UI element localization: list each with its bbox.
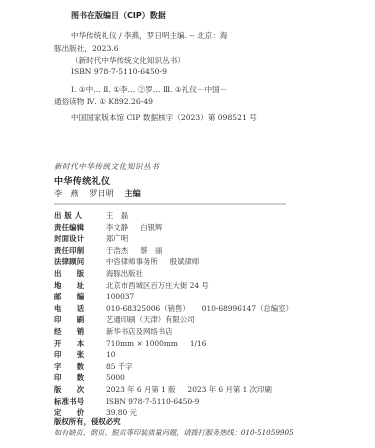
meta-value: 北京市西城区百万庄大街 24 号 [106,280,221,292]
meta-label: 责任印制 [54,245,106,257]
cip-line: 豚出版社，2023.6 [54,43,119,54]
book-title: 中华传统礼仪 [54,174,110,187]
rights-title: 版权所有，侵权必究 [54,416,121,427]
meta-label: 法律顾问 [54,256,106,268]
meta-label: 字 数 [54,361,106,373]
meta-label: 封面设计 [54,233,106,245]
meta-value: 李文静白银辉 [106,222,174,234]
meta-value: ISBN 978-7-5110-6450-9 [106,396,211,408]
meta-row-printer: 印 刷艺通印刷（天津）有限公司 [54,314,305,326]
meta-row-word-count: 字 数85 千字 [54,361,305,373]
cip-line: 中华传统礼仪 / 李燕，罗日明主编. -- 北京：海 [71,30,227,41]
meta-value: 新华书店及网络书店 [106,326,185,338]
meta-value: 2023 年 6 月第 1 版2023 年 6 月第 1 次印刷 [106,384,284,396]
meta-value: 10 [106,349,127,361]
meta-row-cover-design: 封面设计郑广明 [54,233,305,245]
meta-row-editors: 责任编辑李文静白银辉 [54,222,305,234]
cip-line: Ⅰ. ①中… Ⅱ. ①李… ②罗… Ⅲ. ①礼仪－中国－ [71,84,227,95]
meta-value: 海豚出版社 [106,268,155,280]
meta-label: 开 本 [54,338,106,350]
meta-value: 710mm × 1000mm1/16 [106,338,218,350]
meta-value: 于浩杰蔡 丽 [106,245,174,257]
author-name: 罗日明 [89,188,114,198]
meta-row-phone: 电 话010-68325006（销售）010-68996147（总编室） [54,303,305,315]
meta-label: 经 销 [54,326,106,338]
cip-line: ISBN 978-7-5110-6450-9 [71,67,167,76]
meta-row-sheets: 印 张10 [54,349,305,361]
meta-label: 标准书号 [54,396,106,408]
cip-line: 中国国家版本馆 CIP 数据核字（2023）第 098521 号 [71,112,257,123]
meta-value: 中咨律师事务所殷斌律师 [106,256,211,268]
cip-line: 通俗读物 Ⅳ. ① K892.26-49 [54,96,153,107]
meta-label: 出 版 [54,268,106,280]
meta-value: 王 磊 [106,210,140,222]
meta-value: 5000 [106,372,137,384]
rights-note: 如有缺页、倒页、脱页等印装质量问题，请拨打服务热线：010-51059905 [54,428,294,438]
publication-details: 出 版 人王 磊 责任编辑李文静白银辉 封面设计郑广明 责任印制于浩杰蔡 丽 法… [54,210,305,419]
authors: 李 燕 罗日明 主编 [54,188,149,199]
author-name: 李 燕 [54,188,79,198]
meta-label: 印 数 [54,372,106,384]
meta-label: 出 版 人 [54,210,106,222]
meta-row-distributor: 经 销新华书店及网络书店 [54,326,305,338]
meta-row-legal: 法律顾问中咨律师事务所殷斌律师 [54,256,305,268]
cip-title: 图书在版编目（CIP）数据 [71,10,166,21]
meta-row-edition: 版 次2023 年 6 月第 1 版2023 年 6 月第 1 次印刷 [54,384,305,396]
meta-value: 010-68325006（销售）010-68996147（总编室） [106,303,305,315]
meta-label: 电 话 [54,303,106,315]
meta-value: 艺通印刷（天津）有限公司 [106,314,207,326]
series-name: 新时代中华传统文化知识丛书 [54,161,159,172]
meta-label: 邮 编 [54,291,106,303]
meta-row-print-supervisor: 责任印制于浩杰蔡 丽 [54,245,305,257]
meta-row-isbn: 标准书号ISBN 978-7-5110-6450-9 [54,396,305,408]
meta-label: 地 址 [54,280,106,292]
divider [54,203,286,205]
meta-label: 责任编辑 [54,222,106,234]
meta-label: 印 张 [54,349,106,361]
meta-row-publisher: 出 版海豚出版社 [54,268,305,280]
meta-value: 85 千字 [106,361,145,373]
meta-row-format: 开 本710mm × 1000mm1/16 [54,338,305,350]
author-role: 主编 [124,188,140,198]
meta-row-publisher-person: 出 版 人王 磊 [54,210,305,222]
meta-row-postcode: 邮 编100037 [54,291,305,303]
meta-row-print-run: 印 数5000 [54,372,305,384]
meta-value: 100037 [106,291,146,303]
meta-label: 版 次 [54,384,106,396]
meta-row-address: 地 址北京市西城区百万庄大街 24 号 [54,280,305,292]
cip-line: （新时代中华传统文化知识丛书） [71,55,185,66]
meta-value: 郑广明 [106,233,140,245]
meta-label: 印 刷 [54,314,106,326]
